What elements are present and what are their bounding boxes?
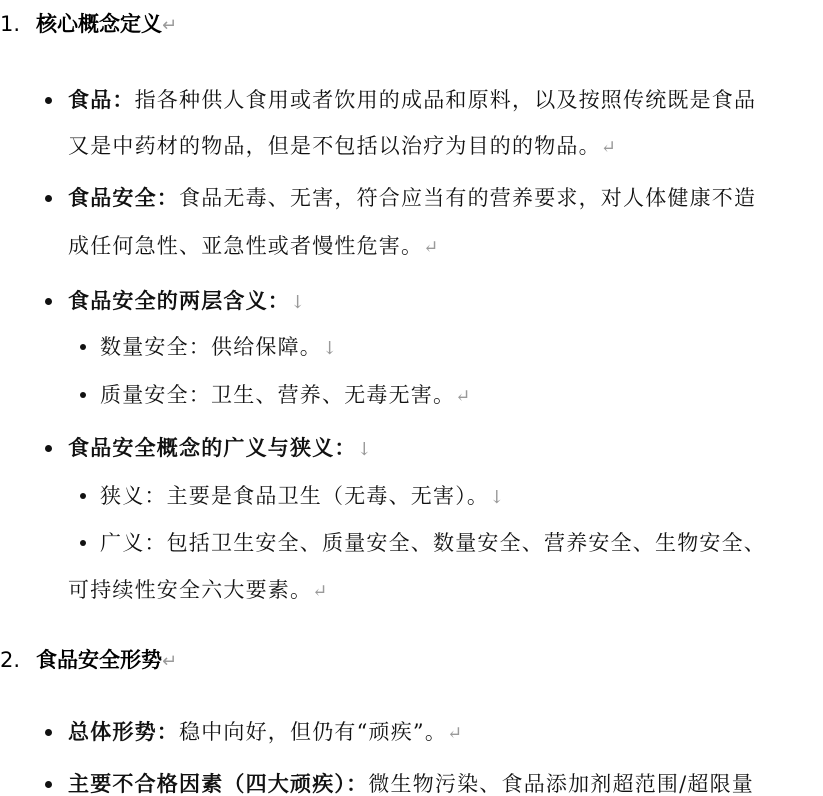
sub-item-text: 质量安全：卫生、营养、无毒无害。 <box>100 383 455 407</box>
paragraph-mark-icon: ↵ <box>162 651 177 672</box>
bullet-icon <box>45 298 52 305</box>
bullet-icon <box>45 445 52 452</box>
paragraph-mark-icon: ↵ <box>447 723 463 744</box>
list-item-line: 成任何急性、亚急性或者慢性危害。↵ <box>68 230 440 260</box>
sub-bullet-icon <box>80 344 86 350</box>
paragraph-mark-icon: ↵ <box>162 15 177 36</box>
sub-list-item: 狭义：主要是食品卫生（无毒、无害）。↓ <box>100 480 505 510</box>
bullet-icon <box>45 97 52 104</box>
list-item-line: 主要不合格因素（四大顽疾）：微生物污染、食品添加剂超范围/超限量 <box>68 768 754 796</box>
section-number: 2. <box>0 648 20 672</box>
sub-bullet-icon <box>80 540 86 546</box>
definition-text: 食品无毒、无害，符合应当有的营养要求，对人体健康不造 <box>179 186 756 210</box>
sub-bullet-icon <box>80 392 86 398</box>
line-break-mark-icon: ↓ <box>322 338 338 359</box>
list-item-line: 又是中药材的物品，但是不包括以治疗为目的的物品。↵ <box>68 130 617 160</box>
term-label: 总体形势： <box>68 719 179 744</box>
definition-text: 又是中药材的物品，但是不包括以治疗为目的的物品。 <box>68 134 601 158</box>
term-label: 食品： <box>68 87 135 112</box>
list-item-line: 食品安全：食品无毒、无害，符合应当有的营养要求，对人体健康不造 <box>68 182 756 212</box>
term-label: 食品安全： <box>68 185 179 210</box>
paragraph-mark-icon: ↵ <box>601 137 617 158</box>
sub-item-text: 广义：包括卫生安全、质量安全、数量安全、营养安全、生物安全、 <box>100 531 766 555</box>
section-number: 1. <box>0 12 20 36</box>
paragraph-mark-icon: ↵ <box>312 581 328 602</box>
line-break-mark-icon: ↓ <box>290 292 306 313</box>
bullet-icon <box>45 781 52 788</box>
sub-list-item: 质量安全：卫生、营养、无毒无害。↵ <box>100 379 472 409</box>
sub-item-text: 数量安全：供给保障。 <box>100 335 322 359</box>
sub-list-item: 数量安全：供给保障。↓ <box>100 331 338 361</box>
section-title: 核心概念定义 <box>36 12 162 36</box>
list-item-line: 总体形势：稳中向好，但仍有“顽疾”。↵ <box>68 716 463 746</box>
bullet-icon <box>45 729 52 736</box>
list-item-line: 食品：指各种供人食用或者饮用的成品和原料，以及按照传统既是食品 <box>68 84 756 114</box>
term-label: 食品安全概念的广义与狭义： <box>68 435 357 460</box>
line-break-mark-icon: ↓ <box>489 487 505 508</box>
definition-text: 稳中向好，但仍有“顽疾”。 <box>179 720 447 744</box>
bullet-icon <box>45 195 52 202</box>
sub-list-item: 广义：包括卫生安全、质量安全、数量安全、营养安全、生物安全、 <box>100 527 766 557</box>
paragraph-mark-icon: ↵ <box>455 386 471 407</box>
sub-bullet-icon <box>80 493 86 499</box>
sub-list-item-continuation: 可持续性安全六大要素。↵ <box>68 574 329 604</box>
definition-text: 指各种供人食用或者饮用的成品和原料，以及按照传统既是食品 <box>135 88 757 112</box>
section-heading-2: 2.食品安全形势↵ <box>0 644 177 674</box>
list-item-line: 食品安全概念的广义与狭义：↓ <box>68 432 373 462</box>
sub-item-text: 可持续性安全六大要素。 <box>68 578 312 602</box>
section-heading-1: 1.核心概念定义↵ <box>0 8 177 38</box>
section-title: 食品安全形势 <box>36 648 162 672</box>
term-label: 主要不合格因素（四大顽疾）： <box>68 771 368 796</box>
term-label: 食品安全的两层含义： <box>68 288 290 313</box>
definition-text: 微生物污染、食品添加剂超范围/超限量 <box>368 772 754 796</box>
list-item-line: 食品安全的两层含义：↓ <box>68 285 306 315</box>
sub-item-text: 狭义：主要是食品卫生（无毒、无害）。 <box>100 484 489 508</box>
definition-text: 成任何急性、亚急性或者慢性危害。 <box>68 234 423 258</box>
line-break-mark-icon: ↓ <box>357 439 373 460</box>
paragraph-mark-icon: ↵ <box>423 237 439 258</box>
